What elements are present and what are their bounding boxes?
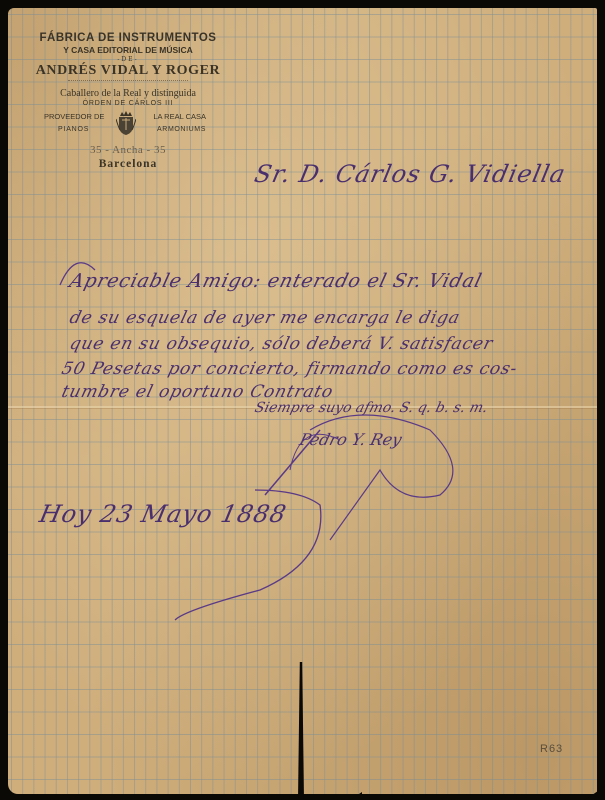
body-line: tumbre el oportuno Contrato [60, 382, 336, 402]
letterhead-de: -DE- [28, 56, 228, 63]
letterhead-factory: FÁBRICA DE INSTRUMENTOS [28, 32, 228, 44]
closing: Siempre suyo afmo. S. q. b. s. m. [253, 400, 489, 416]
letterhead-publisher: Y CASA EDITORIAL DE MÚSICA [28, 45, 228, 55]
body-line: 50 Pesetas por concierto, firmando como … [60, 359, 520, 379]
purveyor-right: LA REAL CASA [153, 112, 206, 121]
letterhead-city: Barcelona [28, 158, 228, 170]
date-line: Hoy 23 Mayo 1888 [37, 500, 289, 528]
products-left: PIANOS [58, 126, 89, 133]
body-line: que en su obsequio, sólo deberá V. satis… [68, 334, 496, 354]
letterhead-purveyor-block: PROVEEDOR DE LA REAL CASA PIANOS ARMONIU… [28, 110, 228, 142]
letterhead-distinction: Caballero de la Real y distinguida [28, 88, 228, 99]
archive-mark: R63 [540, 743, 563, 755]
letterhead: FÁBRICA DE INSTRUMENTOS Y CASA EDITORIAL… [28, 32, 228, 170]
body-line: de su esquela de ayer me encarga le diga [68, 308, 463, 328]
ornament-divider [68, 80, 188, 87]
royal-crest-icon [116, 110, 136, 136]
letterhead-order: ÓRDEN DE CÁRLOS III [28, 100, 228, 107]
letterhead-address: 35 - Ancha - 35 [28, 144, 228, 156]
letterhead-company-name: ANDRÉS VIDAL Y ROGER [28, 63, 228, 79]
products-right: ARMONIUMS [157, 126, 206, 133]
purveyor-left: PROVEEDOR DE [44, 112, 104, 121]
signature: Pedro Y. Rey [298, 430, 404, 449]
salutation: Apreciable Amigo: enterado el Sr. Vidal [67, 270, 484, 292]
addressee: Sr. D. Cárlos G. Vidiella [252, 160, 568, 188]
